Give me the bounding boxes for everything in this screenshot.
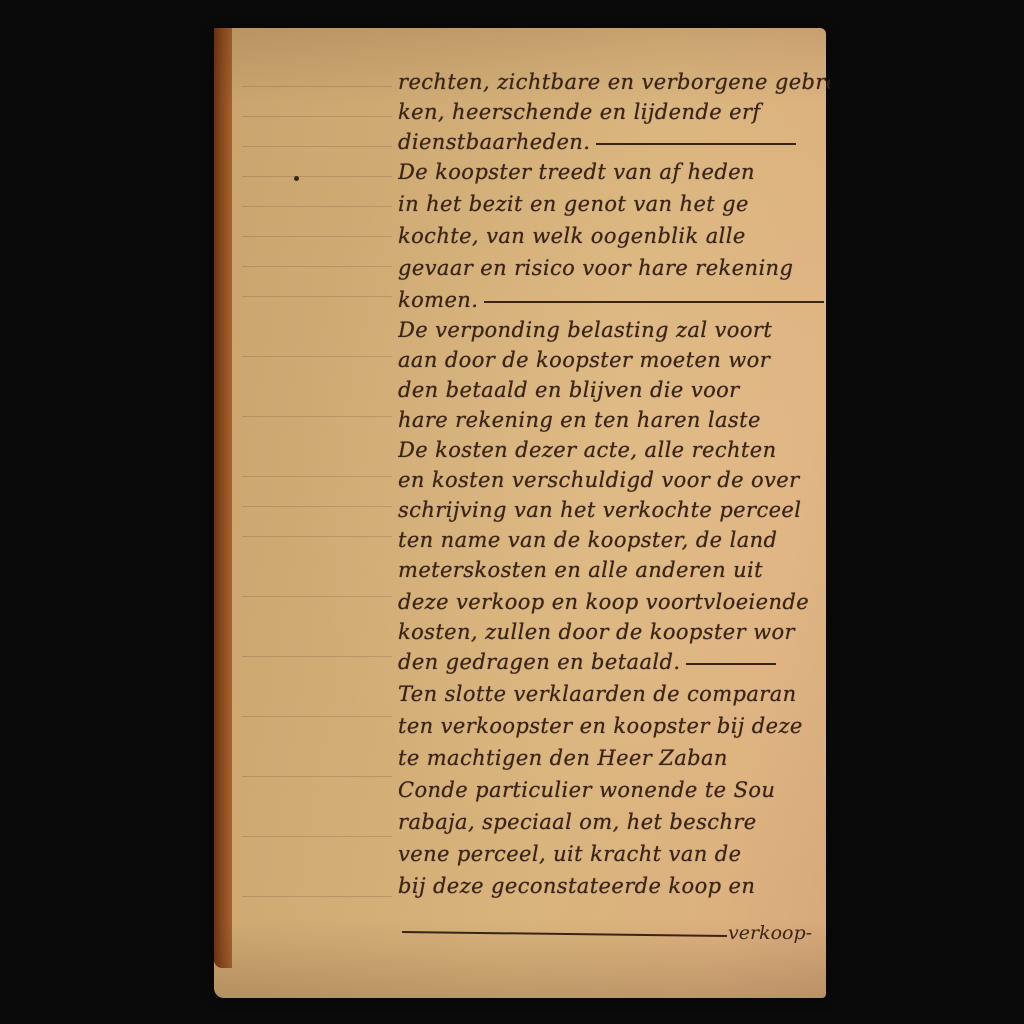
text-line: te machtigen den Heer Zaban [398, 746, 830, 776]
bleed-through-line [242, 656, 392, 657]
bleed-through-line [242, 896, 392, 897]
text-line: komen. [398, 288, 830, 318]
bleed-through-line [242, 296, 392, 297]
line-filler-rule [686, 663, 776, 665]
text-line: De kosten dezer acte, alle rechten [398, 438, 830, 468]
text-line: en kosten verschuldigd voor de over [398, 468, 830, 498]
text-line: Conde particulier wonende te Sou [398, 778, 830, 808]
bleed-through-line [242, 596, 392, 597]
text-line: bij deze geconstateerde koop en [398, 874, 830, 904]
bleed-through-line [242, 206, 392, 207]
text-line: gevaar en risico voor hare rekening [398, 256, 830, 286]
bleed-through-line [242, 146, 392, 147]
text-line: hare rekening en ten haren laste [398, 408, 830, 438]
text-line: in het bezit en genot van het ge [398, 192, 830, 222]
text-line: dienstbaarheden. [398, 130, 830, 160]
bleed-through-line [242, 266, 392, 267]
text-line: kochte, van welk oogenblik alle [398, 224, 830, 254]
bleed-through-line [242, 416, 392, 417]
text-line: ten verkoopster en koopster bij deze [398, 714, 830, 744]
text-line: ten name van de koopster, de land [398, 528, 830, 558]
ink-spot [294, 176, 299, 181]
text-line: rabaja, speciaal om, het beschre [398, 810, 830, 840]
bleed-through-line [242, 356, 392, 357]
text-line: kosten, zullen door de koopster wor [398, 620, 830, 650]
bleed-through-line [242, 716, 392, 717]
text-line: den gedragen en betaald. [398, 650, 830, 680]
line-filler-rule [596, 143, 796, 145]
bleed-through-line [242, 86, 392, 87]
text-line: ken, heerschende en lijdende erf [398, 100, 830, 130]
text-line: rechten, zichtbare en verborgene gebre [398, 70, 830, 100]
text-line: vene perceel, uit kracht van de [398, 842, 830, 872]
text-line: De verponding belasting zal voort [398, 318, 830, 348]
bleed-through-line [242, 776, 392, 777]
text-line: De koopster treedt van af heden [398, 160, 830, 190]
text-line: schrijving van het verkochte perceel [398, 498, 830, 528]
bleed-through-line [242, 176, 392, 177]
text-line: deze verkoop en koop voortvloeiende [398, 590, 830, 620]
bleed-through-line [242, 236, 392, 237]
line-filler-rule [484, 301, 824, 303]
catchword: verkoop- [728, 922, 812, 944]
bleed-through-line [242, 476, 392, 477]
bleed-through-line [242, 506, 392, 507]
bleed-through-line [242, 536, 392, 537]
text-line: aan door de koopster moeten wor [398, 348, 830, 378]
text-line: Ten slotte verklaarden de comparan [398, 682, 830, 712]
bleed-through-line [242, 116, 392, 117]
page-binding-edge [214, 28, 232, 968]
bleed-through-line [242, 836, 392, 837]
text-line: meterskosten en alle anderen uit [398, 558, 830, 588]
text-line: den betaald en blijven die voor [398, 378, 830, 408]
